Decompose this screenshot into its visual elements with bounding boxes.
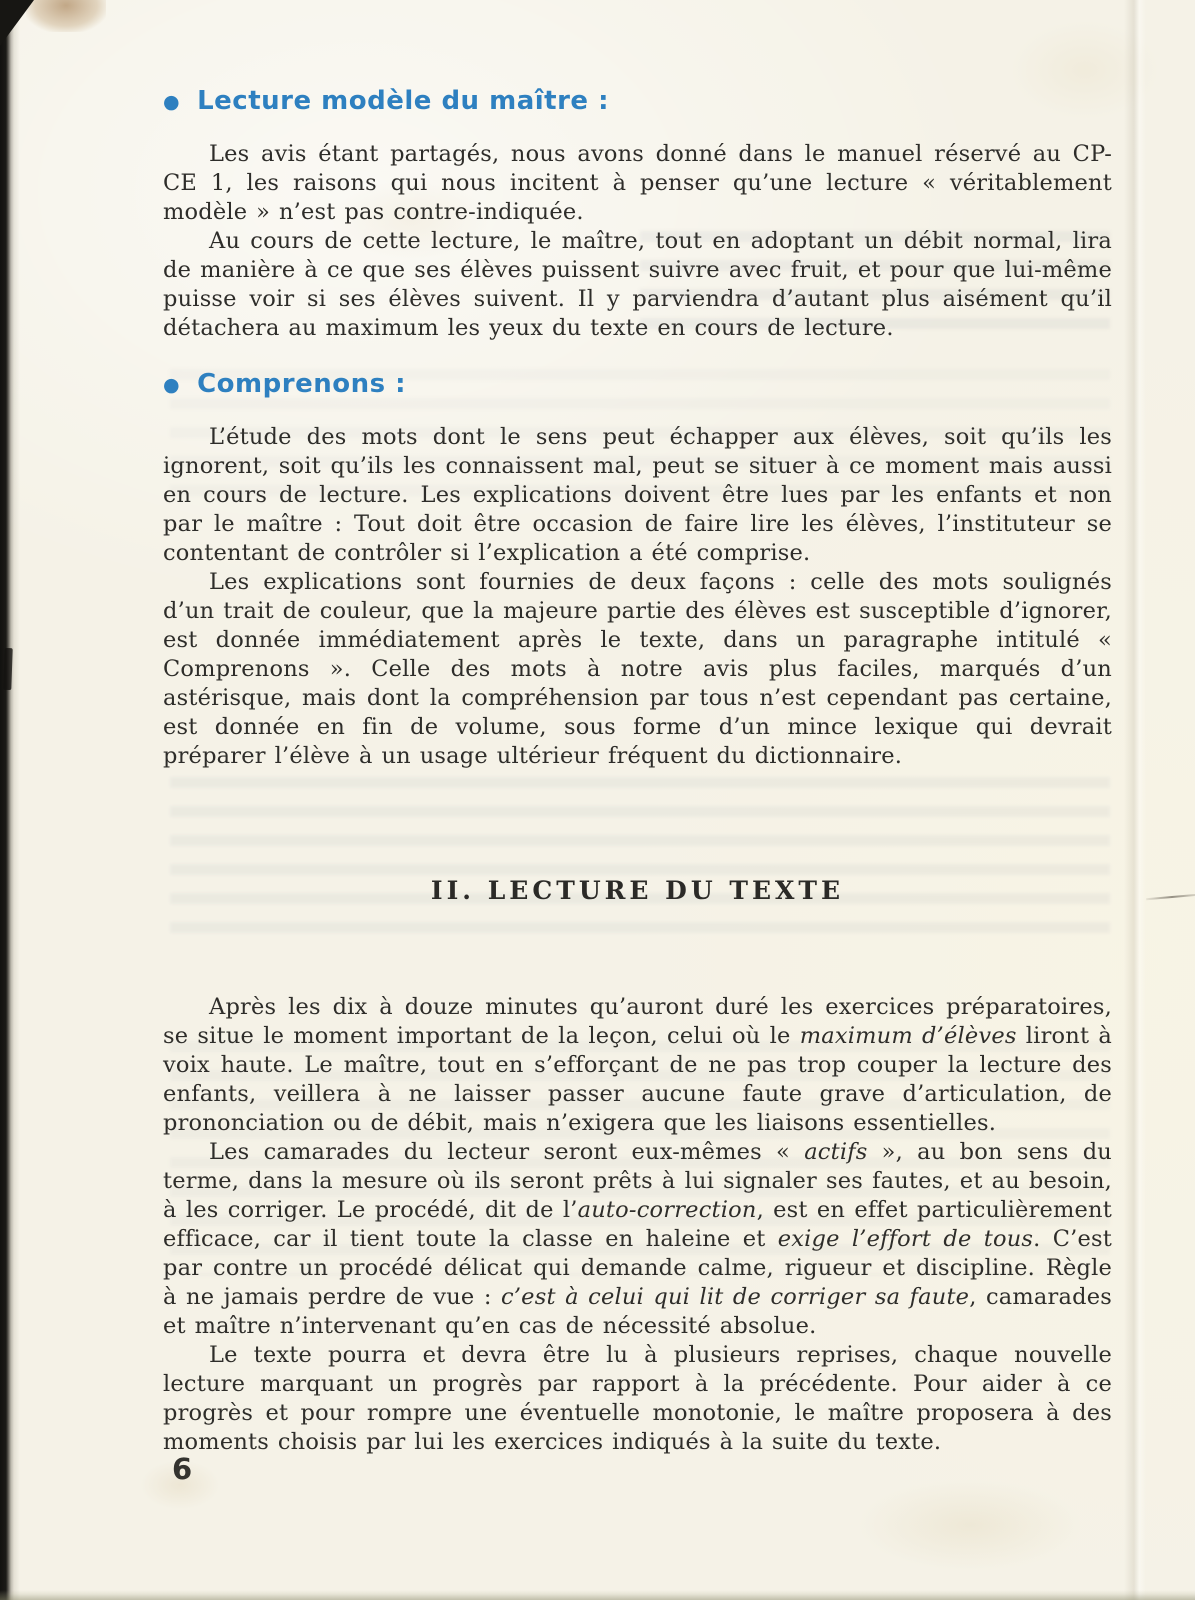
heading-comprenons-label: Comprenons : xyxy=(197,369,406,399)
crease-scratch xyxy=(1146,894,1195,901)
scan-bottom-edge xyxy=(0,1590,1195,1600)
book-page: ● Lecture modèle du maître : Les avis ét… xyxy=(0,0,1195,1600)
heading-lecture-modele-label: Lecture modèle du maître : xyxy=(197,86,609,116)
page-content: ● Lecture modèle du maître : Les avis ét… xyxy=(163,86,1112,1457)
paragraph-etude: L’étude des mots dont le sens peut échap… xyxy=(163,423,1112,568)
section-title: II. LECTURE DU TEXTE xyxy=(163,875,1112,907)
heading-comprenons: ● Comprenons : xyxy=(163,369,1112,399)
paragraph-avis: Les avis étant partagés, nous avons donn… xyxy=(163,140,1112,227)
paragraph-apres: Après les dix à douze minutes qu’auront … xyxy=(163,993,1112,1138)
page-fold-shadow xyxy=(1124,0,1146,1600)
paragraph-au-cours: Au cours de cette lecture, le maître, to… xyxy=(163,227,1112,343)
bullet-icon: ● xyxy=(163,370,180,400)
scan-edge-notch xyxy=(3,648,12,690)
page-number: 6 xyxy=(172,1452,192,1486)
paragraph-texte: Le texte pourra et devra être lu à plusi… xyxy=(163,1341,1112,1457)
scan-dark-edge xyxy=(0,0,20,1600)
heading-lecture-modele: ● Lecture modèle du maître : xyxy=(163,86,1112,116)
paper-stain xyxy=(860,1480,1080,1570)
paragraph-explications: Les explications sont fournies de deux f… xyxy=(163,568,1112,771)
bullet-icon: ● xyxy=(163,87,180,117)
scan-corner-shadow xyxy=(0,0,34,46)
paragraph-camarades: Les camarades du lecteur seront eux-même… xyxy=(163,1138,1112,1341)
paper-stain xyxy=(26,0,106,32)
